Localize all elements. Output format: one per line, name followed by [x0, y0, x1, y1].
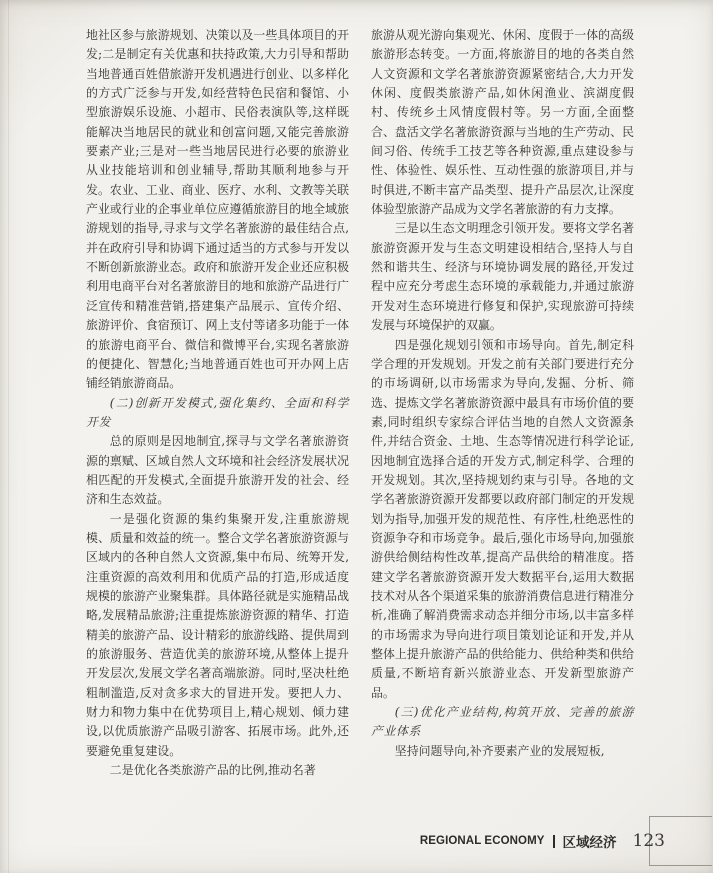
footer-divider [553, 835, 555, 848]
scan-edge-line [8, 0, 9, 873]
paragraph: 二是优化各类旅游产品的比例,推动名著 [86, 761, 349, 780]
journal-section-cn: 区域经济 [563, 831, 617, 851]
paragraph: 旅游从观光游向集观光、休闲、度假于一体的高级旅游形态转变。一方面,将旅游目的地的… [371, 26, 634, 219]
paragraph: 四是强化规划引领和市场导向。首先,制定科学合理的开发规划。开发之前有关部门要进行… [371, 336, 634, 704]
left-text-column: 地社区参与旅游规划、决策以及一些具体项目的开发;二是制定有关优惠和扶持政策,大力… [86, 26, 349, 780]
paragraph: 三是以生态文明理念引领开发。要将文学名著旅游资源开发与生态文明建设相结合,坚持人… [371, 219, 634, 335]
page-number: 123 [633, 831, 665, 851]
right-text-column: 旅游从观光游向集观光、休闲、度假于一体的高级旅游形态转变。一方面,将旅游目的地的… [371, 26, 634, 761]
paragraph: 一是强化资源的集约集聚开发,注重旅游规模、质量和效益的统一。整合文学名著旅游资源… [86, 510, 349, 761]
page-footer: REGIONAL ECONOMY 区域经济 123 [420, 831, 665, 851]
subsection-heading: (三)优化产业结构,构筑开放、完善的旅游产业体系 [371, 703, 634, 742]
subsection-heading: (二)创新开发模式,强化集约、全面和科学开发 [86, 394, 349, 433]
paragraph: 地社区参与旅游规划、决策以及一些具体项目的开发;二是制定有关优惠和扶持政策,大力… [86, 26, 349, 394]
journal-name-en: REGIONAL ECONOMY [420, 835, 545, 847]
paragraph: 总的原则是因地制宜,探寻与文学名著旅游资源的禀赋、区域自然人文环境和社会经济发展… [86, 432, 349, 509]
paragraph: 坚持问题导向,补齐要素产业的发展短板, [371, 742, 634, 761]
